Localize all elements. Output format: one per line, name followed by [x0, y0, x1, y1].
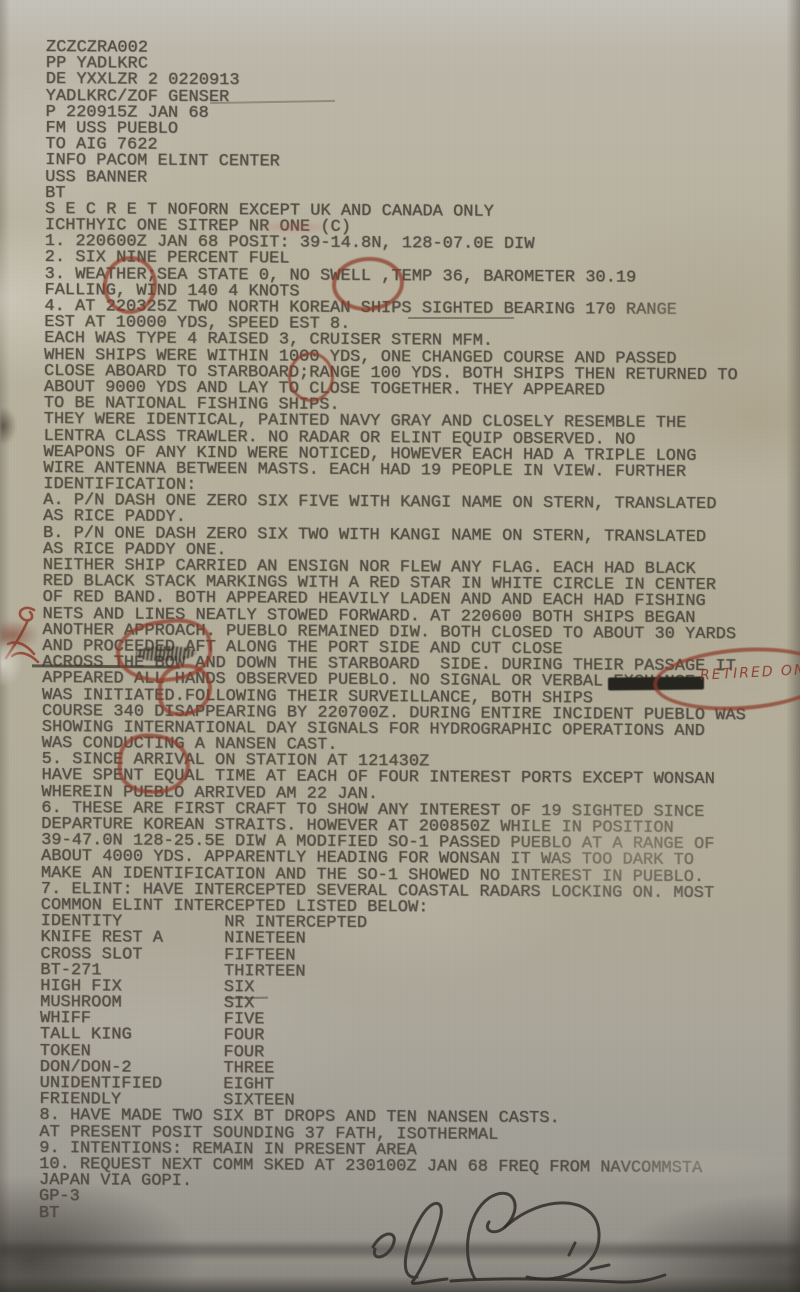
- redaction-bar: [608, 676, 704, 690]
- typed-message: ZCZCZRA002PP YADLKRCDE YXXLZR 2 0220913Y…: [39, 40, 750, 1226]
- telegram-photo: ZCZCZRA002PP YADLKRCDE YXXLZR 2 0220913Y…: [0, 0, 800, 1292]
- handwritten-signature: [355, 1185, 685, 1290]
- underline-sighted-bearing: [408, 317, 514, 319]
